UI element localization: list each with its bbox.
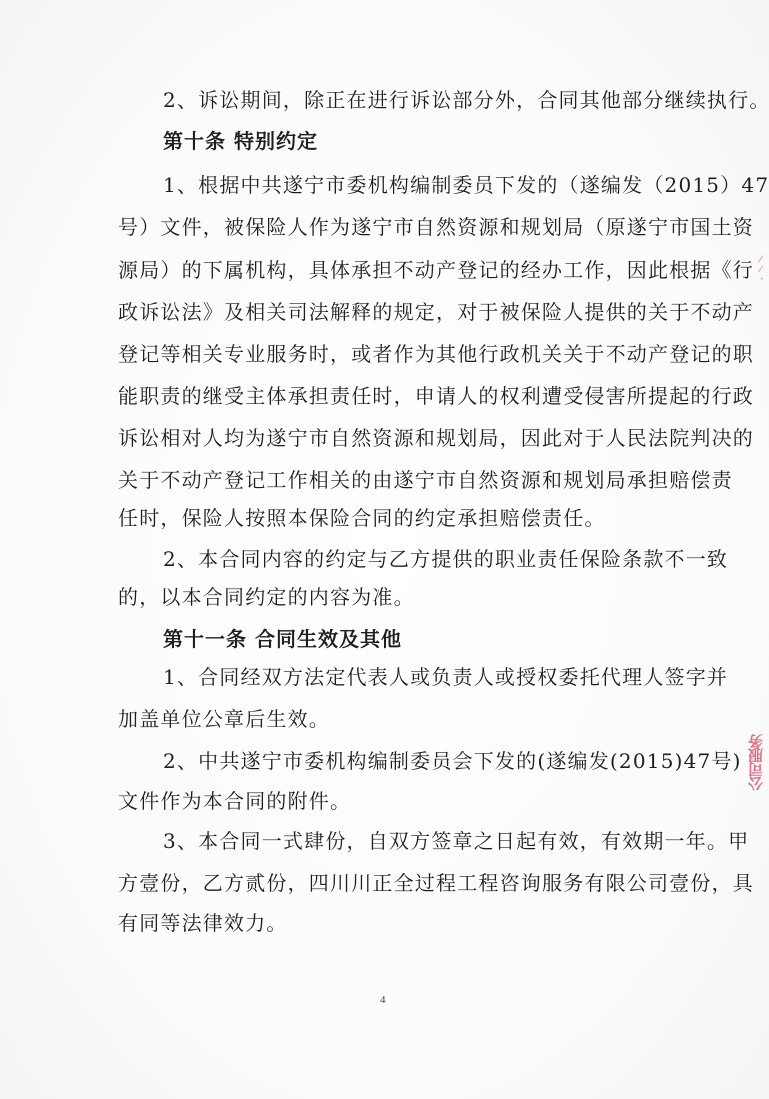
paragraph-line: 3、本合同一式肆份，自双方签章之日起有效，有效期一年。甲	[163, 829, 749, 853]
section-heading-11: 第十一条 合同生效及其他	[163, 627, 402, 651]
paragraph-line: 关于不动产登记工作相关的由遂宁市自然资源和规划局承担赔偿责	[118, 468, 733, 492]
paragraph-line: 诉讼相对人均为遂宁市自然资源和规划局，因此对于人民法院判决的	[118, 426, 754, 450]
paragraph-line: 有同等法律效力。	[118, 911, 288, 935]
paragraph-line: 2、本合同内容的约定与乙方提供的职业责任保险条款不一致	[163, 547, 728, 571]
seal-stamp-edge-mark: ⁄⁄·	[760, 255, 769, 285]
paragraph-line: 方壹份，乙方贰份，四川川正全过程工程咨询服务有限公司壹份，具	[118, 871, 754, 895]
paragraph-line: 任时，保险人按照本保险合同的约定承担赔偿责任。	[118, 506, 606, 530]
paragraph-line: 政诉讼法》及相关司法解释的规定，对于被保险人提供的关于不动产	[118, 300, 754, 324]
seal-stamp-fragment: 公司服务	[748, 735, 768, 791]
paragraph-line: 加盖单位公章后生效。	[118, 707, 330, 731]
paragraph-line: 登记等相关专业服务时，或者作为其他行政机关关于不动产登记的职	[118, 342, 754, 366]
page-number: 4	[380, 994, 386, 1006]
paragraph-line: 2、诉讼期间，除正在进行诉讼部分外，合同其他部分继续执行。	[163, 88, 769, 112]
paragraph-line: 源局）的下属机构，具体承担不动产登记的经办工作，因此根据《行	[118, 258, 754, 282]
section-heading-10: 第十条 特别约定	[163, 129, 318, 153]
paragraph-line: 1、根据中共遂宁市委机构编制委员下发的（遂编发（2015）47	[163, 173, 769, 197]
paragraph-line: 2、中共遂宁市委机构编制委员会下发的(遂编发(2015)47号)	[163, 749, 742, 773]
paragraph-line: 1、合同经双方法定代表人或负责人或授权委托代理人签字并	[163, 665, 728, 689]
paragraph-line: 号）文件，被保险人作为遂宁市自然资源和规划局（原遂宁市国土资	[118, 215, 754, 239]
paragraph-line: 的，以本合同约定的内容为准。	[118, 585, 415, 609]
paragraph-line: 文件作为本合同的附件。	[118, 789, 351, 813]
document-page: 2、诉讼期间，除正在进行诉讼部分外，合同其他部分继续执行。 第十条 特别约定 1…	[0, 0, 769, 1099]
paragraph-line: 能职责的继受主体承担责任时，申请人的权利遭受侵害所提起的行政	[118, 384, 754, 408]
